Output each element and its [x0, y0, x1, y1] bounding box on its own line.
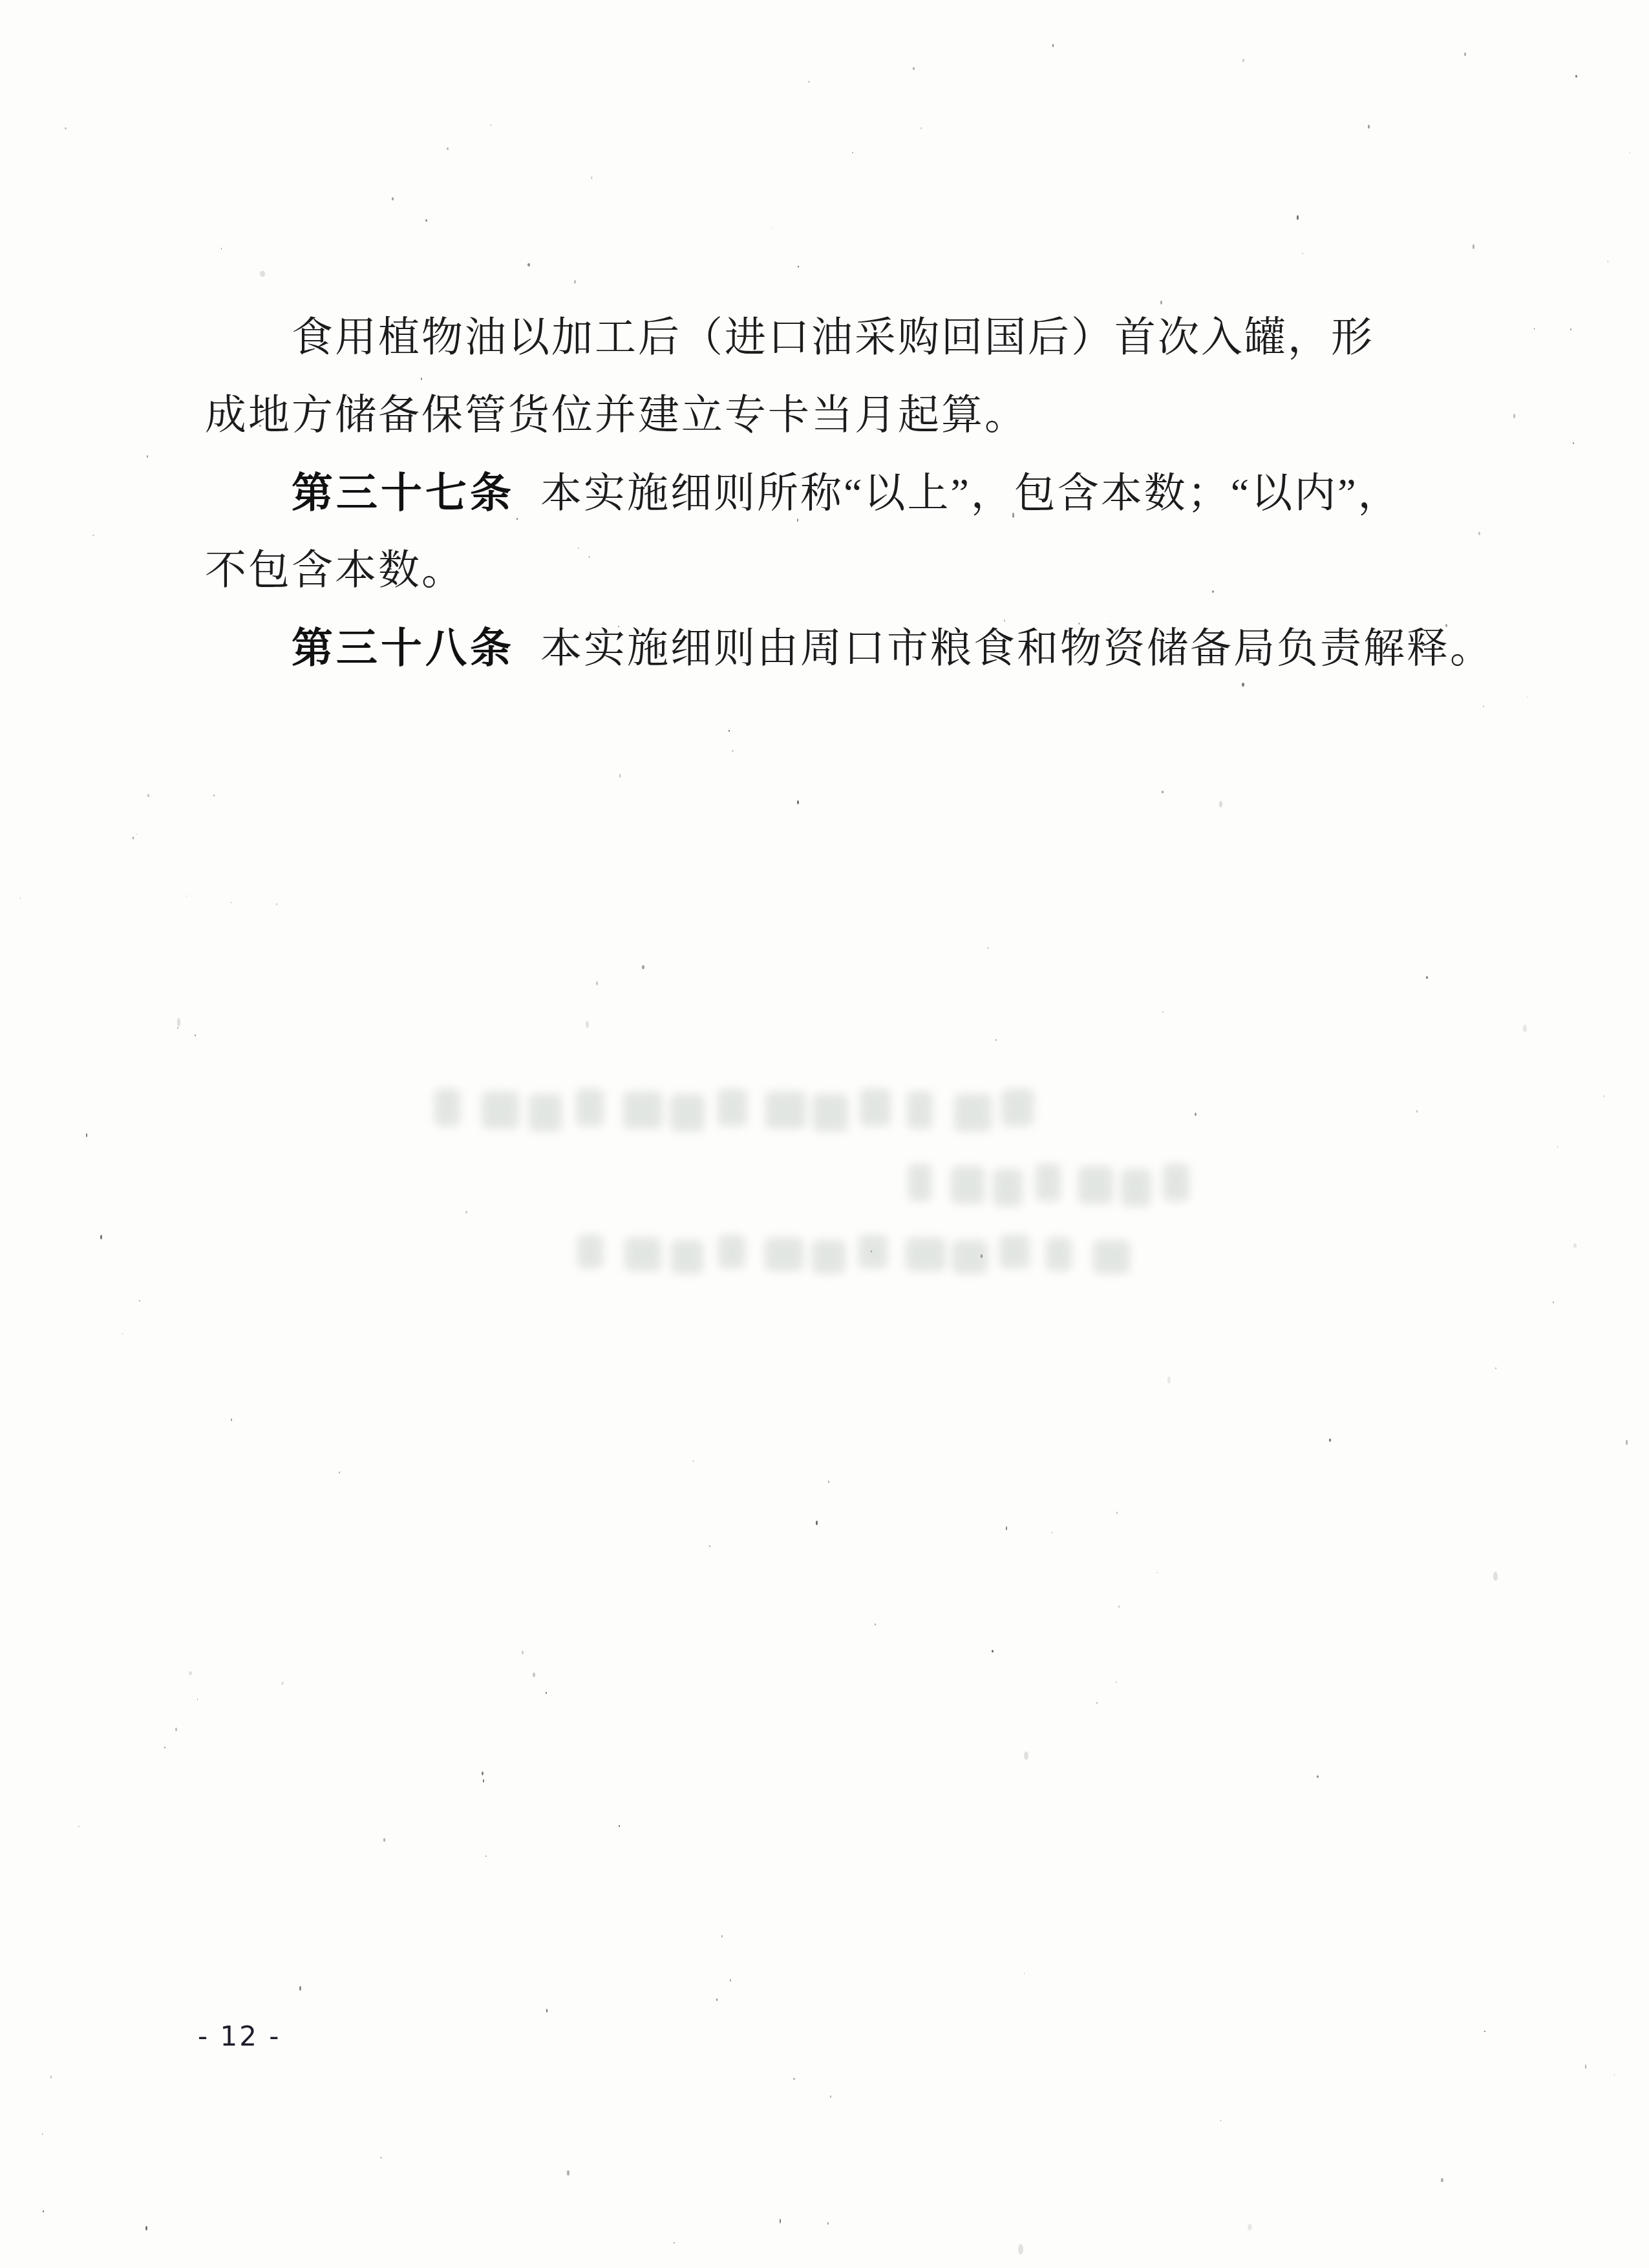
ghost-character-smudge	[434, 1089, 460, 1126]
document-line: 食用植物油以加工后（进口油采购回国后）首次入罐，形	[205, 299, 1472, 376]
scan-speck	[1024, 1751, 1028, 1760]
scan-speck	[1118, 1605, 1120, 1609]
scan-speck	[816, 1521, 818, 1525]
scan-speck	[920, 127, 922, 129]
scan-speck	[392, 197, 394, 200]
document-line: 第三十七条本实施细则所称“以上”，包含本数；“以内”，	[205, 454, 1472, 531]
body-text: 本实施细则所称“以上”，包含本数；“以内”，	[540, 470, 1401, 516]
scan-speck	[1527, 697, 1527, 698]
scan-speck	[1441, 2178, 1443, 2182]
scan-speck	[42, 2134, 43, 2135]
scan-speck	[1573, 442, 1574, 445]
scan-speck	[1317, 1775, 1319, 1778]
scan-speck	[730, 1979, 731, 1981]
scan-speck	[1219, 801, 1222, 808]
scan-speck	[381, 2157, 381, 2159]
scan-speck	[1018, 2244, 1023, 2254]
scan-speck	[1534, 328, 1535, 330]
ghost-character-smudge	[577, 1235, 603, 1268]
scan-speck	[533, 1673, 535, 1676]
scan-speck	[797, 800, 799, 805]
ghost-character-smudge	[718, 1089, 747, 1126]
scan-speck	[425, 219, 427, 222]
scan-speck	[483, 1779, 484, 1782]
page-number: - 12 -	[198, 2021, 281, 2052]
ghost-character-smudge	[906, 1237, 946, 1271]
scan-speck	[177, 1027, 178, 1029]
scan-speck	[716, 1998, 718, 2001]
scan-speck	[732, 750, 734, 753]
scan-speck	[1464, 52, 1466, 56]
scan-speck	[875, 1623, 876, 1625]
scan-speck	[527, 263, 529, 266]
scan-speck	[281, 1682, 284, 1684]
scan-speck	[522, 1651, 524, 1654]
body-text: 不包含本数。	[205, 547, 465, 593]
document-line: 不包含本数。	[205, 531, 1472, 609]
scan-speck	[231, 1418, 232, 1421]
scan-speck	[1329, 1439, 1331, 1441]
scan-speck	[1614, 2074, 1615, 2075]
scan-speck	[1473, 244, 1474, 248]
scan-speck	[213, 795, 215, 797]
scan-speck	[92, 535, 94, 537]
scan-speck	[619, 774, 621, 778]
scan-speck	[1368, 125, 1369, 129]
scan-speck	[797, 519, 798, 522]
scan-speck	[465, 1211, 467, 1214]
scan-speck	[339, 1471, 340, 1473]
scan-speck	[693, 1460, 694, 1462]
scan-speck	[86, 1133, 87, 1137]
ghost-character-smudge	[765, 1091, 806, 1129]
scan-speck	[20, 897, 21, 899]
ghost-character-smudge	[993, 1169, 1022, 1206]
scan-speck	[721, 1935, 723, 1938]
scan-speck	[1052, 1532, 1052, 1533]
scan-speck	[642, 965, 644, 969]
scan-speck	[1160, 301, 1162, 305]
ghost-character-smudge	[718, 1235, 745, 1268]
scan-speck	[1557, 1146, 1558, 1148]
ghost-character-smudge	[1121, 1169, 1152, 1206]
scan-speck	[276, 903, 277, 906]
scan-speck	[618, 626, 619, 627]
scan-speck	[827, 2222, 829, 2225]
ghost-character-smudge	[670, 1094, 705, 1131]
ghost-character-smudge	[1046, 1237, 1072, 1271]
ghost-character-smudge	[1036, 1164, 1060, 1201]
ghost-character-smudge	[1001, 1089, 1034, 1126]
document-page: 食用植物油以加工后（进口油采购回国后）首次入罐，形成地方储备保管货位并建立专卡当…	[0, 0, 1649, 2268]
scan-speck	[1195, 1113, 1197, 1116]
ghost-character-smudge	[813, 1094, 849, 1131]
body-text: 食用植物油以加工后（进口油采购回国后）首次入罐，形	[292, 314, 1374, 360]
scan-speck	[78, 1826, 80, 1828]
scan-speck	[186, 895, 187, 897]
scan-speck	[567, 2170, 569, 2176]
scan-speck	[177, 1018, 181, 1027]
ghost-character-smudge	[858, 1235, 888, 1268]
scan-speck	[852, 152, 853, 153]
scan-speck	[1426, 976, 1428, 979]
scan-speck	[995, 1039, 996, 1041]
scan-speck	[1604, 1095, 1605, 1098]
scan-speck	[546, 1692, 548, 1694]
scan-speck	[1570, 328, 1571, 330]
scan-speck	[1052, 44, 1054, 47]
ghost-character-smudge	[765, 1237, 803, 1271]
scan-speck	[447, 147, 449, 150]
scan-speck	[1523, 1025, 1527, 1032]
scan-speck	[421, 378, 422, 380]
scan-speck	[1248, 2224, 1251, 2231]
scan-speck	[50, 2075, 52, 2079]
ghost-character-smudge	[812, 1240, 846, 1274]
scan-speck	[1626, 1440, 1628, 1445]
scan-speck	[1157, 1572, 1158, 1574]
scan-speck	[260, 271, 264, 277]
ghost-character-smudge	[529, 1094, 561, 1131]
scan-speck	[122, 1333, 123, 1335]
scan-speck	[299, 1986, 301, 1991]
scan-speck	[772, 227, 772, 228]
ghost-character-smudge	[1163, 1164, 1189, 1201]
scan-speck	[992, 1650, 994, 1653]
scan-speck	[1162, 791, 1164, 794]
scan-speck	[1302, 253, 1304, 255]
scan-speck	[1167, 1376, 1171, 1383]
ghost-character-smudge	[907, 1091, 933, 1129]
scan-speck	[1006, 1526, 1007, 1530]
scan-speck	[1078, 623, 1080, 625]
scan-speck	[913, 67, 914, 70]
scan-speck	[1483, 705, 1484, 707]
scan-speck	[1242, 683, 1244, 687]
scan-speck	[988, 947, 988, 949]
article-number-label: 第三十八条	[292, 625, 515, 671]
scan-speck	[1553, 1301, 1554, 1303]
ghost-character-smudge	[482, 1091, 519, 1129]
ghost-character-smudge	[576, 1089, 604, 1126]
ghost-character-smudge	[624, 1237, 662, 1271]
body-text: 成地方储备保管货位并建立专卡当月起算。	[205, 392, 1028, 438]
scan-speck	[1575, 75, 1577, 78]
document-body: 食用植物油以加工后（进口油采购回国后）首次入罐，形成地方储备保管货位并建立专卡当…	[205, 299, 1472, 687]
scan-speck	[1416, 1110, 1418, 1113]
scan-speck	[1096, 1702, 1098, 1704]
scan-speck	[674, 2242, 675, 2243]
document-line: 第三十八条本实施细则由周口市粮食和物资储备局负责解释。	[205, 609, 1472, 687]
scan-speck	[1513, 414, 1515, 418]
body-text: 本实施细则由周口市粮食和物资储备局负责解释。	[540, 625, 1493, 671]
scan-speck	[383, 1838, 385, 1842]
scan-speck	[1484, 2031, 1485, 2032]
scan-speck	[798, 266, 799, 268]
scan-speck	[1116, 1682, 1117, 1684]
scan-speck	[709, 1545, 710, 1547]
scan-speck	[175, 1728, 177, 1731]
scan-speck	[136, 834, 136, 835]
document-line: 成地方储备保管货位并建立专卡当月起算。	[205, 376, 1472, 454]
scan-speck	[828, 1481, 829, 1483]
scan-speck	[147, 455, 148, 457]
scan-speck	[491, 124, 491, 126]
scan-speck	[1220, 2120, 1221, 2121]
scan-speck	[596, 981, 598, 985]
scan-speck	[65, 127, 67, 129]
scan-speck	[830, 2095, 831, 2098]
scan-speck	[1478, 531, 1480, 535]
scan-speck	[1297, 215, 1299, 220]
scan-speck	[586, 1021, 589, 1029]
scan-speck	[485, 1856, 487, 1857]
scan-speck	[1573, 1243, 1577, 1248]
scan-speck	[482, 1771, 484, 1775]
scan-speck	[195, 1034, 196, 1036]
scan-speck	[197, 1698, 198, 1700]
scan-speck	[1608, 261, 1608, 262]
scan-speck	[145, 2226, 147, 2230]
scan-speck	[43, 2210, 44, 2212]
scan-speck	[1495, 1367, 1496, 1369]
scan-speck	[1242, 59, 1244, 62]
scan-speck	[1493, 1572, 1498, 1581]
scan-speck	[221, 248, 222, 249]
ghost-character-smudge	[860, 1089, 891, 1126]
article-number-label: 第三十七条	[292, 469, 515, 516]
scan-speck	[591, 177, 593, 179]
scan-speck	[729, 730, 730, 732]
scan-speck	[574, 280, 576, 284]
ghost-character-smudge	[623, 1091, 663, 1129]
scan-speck	[516, 518, 518, 520]
scan-speck	[1585, 2064, 1587, 2069]
scan-speck	[231, 902, 231, 903]
ghost-character-smudge	[1078, 1166, 1114, 1204]
ghost-character-smudge	[1093, 1240, 1131, 1274]
scan-speck	[871, 1250, 872, 1252]
scan-speck	[1162, 1011, 1164, 1012]
scan-speck	[100, 1235, 102, 1239]
scan-speck	[1116, 1512, 1118, 1514]
scan-speck	[139, 1300, 140, 1301]
ghost-character-smudge	[671, 1240, 703, 1274]
scan-speck	[164, 1747, 165, 1748]
scan-speck	[133, 837, 134, 839]
scan-speck	[809, 81, 810, 83]
ghost-character-smudge	[908, 1164, 931, 1201]
scan-speck	[1024, 1973, 1025, 1974]
scan-speck	[147, 794, 149, 797]
scan-speck	[619, 1825, 620, 1827]
scan-speck	[546, 2009, 548, 2012]
scan-speck	[1630, 152, 1630, 153]
scan-speck	[793, 2078, 795, 2080]
ghost-character-smudge	[951, 1166, 984, 1204]
ghost-character-smudge	[954, 1094, 992, 1131]
scan-speck	[189, 1671, 192, 1675]
ghost-character-smudge	[999, 1235, 1030, 1268]
scan-speck	[780, 2219, 782, 2223]
